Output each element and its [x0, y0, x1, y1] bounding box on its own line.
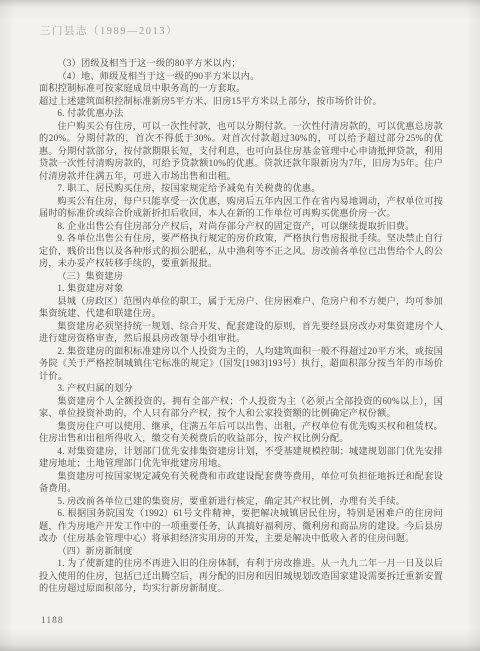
- paragraph: 7. 职工、居民购买住房，按国家规定给予减免有关税费的优惠。: [39, 182, 443, 195]
- paragraph: 集资建房可按国家规定减免有关税费和市政建设配套费等费用，单位可负担征地拆迁和配套…: [39, 470, 443, 495]
- paragraph: 集资建房必须坚持统一规划、综合开发、配套建设的原则，首先要经县房改办对集资建房个…: [39, 320, 443, 345]
- paragraph: （四）新房新制度: [39, 545, 443, 558]
- paragraph: 购买公有住房，每户只能享受一次优惠，购房后五年内因工作在省内易地调动，产权单位可…: [39, 195, 443, 220]
- paragraph: 5. 房改前各单位已建的集资房，要重新进行核定，确定其产权比例，办理有关手续。: [39, 495, 443, 508]
- paragraph: 3. 产权归属的划分: [39, 382, 443, 395]
- paragraph: （3）团级及相当于这一级的80平方米以内；: [39, 57, 443, 70]
- paragraph: 1. 为了使新建的住房不再进入旧的住房体制，有利于房改推进。从一九九二年一月一日…: [39, 557, 443, 595]
- paragraph: 面积控制标准可按家庭成员中职务高的一方套取。: [39, 82, 443, 95]
- paragraph: 住户购买公有住房，可以一次性付款，也可以分期付款。一次性付清房款的，可以优惠总房…: [39, 120, 443, 183]
- paragraph: 1. 集资建房对象: [39, 282, 443, 295]
- paragraph: 集资建房个人全额投资的，拥有全部产权；个人投资为主（必须占全部投资的60%以上）…: [39, 395, 443, 420]
- paragraph: 超过上述建筑面积控制标准新房5平方米、旧房15平方米以上部分，按市场价计价。: [39, 95, 443, 108]
- paragraph: 6. 根据国务院国发（1992）61号文件精神，要把解决城镇居民住房，特别是困难…: [39, 507, 443, 545]
- body-text: （3）团级及相当于这一级的80平方米以内；（4）地、师级及相当于这一级的90平方…: [39, 57, 443, 595]
- paragraph: （三）集资建房: [39, 270, 443, 283]
- paragraph: 4. 对集资建房，计划部门优先安排集资建房计划，不受基建规模控制；城建规划部门优…: [39, 445, 443, 470]
- paragraph: 集资房住户可以使用、继承，住满五年后可以出售、出租，产权单位有优先购买权和租赁权…: [39, 420, 443, 445]
- paragraph: （4）地、师级及相当于这一级的90平方米以内。: [39, 70, 443, 83]
- paragraph: 8. 企业出售公有住房部分产权后，对尚存部分产权的固定资产，可以继续提取折旧费。: [39, 220, 443, 233]
- paragraph: 9. 各单位出售公有住房，要严格执行规定的房价政策，严格执行售房报批手续。坚决禁…: [39, 232, 443, 270]
- paragraph: 6. 付款优惠办法: [39, 107, 443, 120]
- running-head: 三门县志（1989—2013）: [40, 23, 178, 38]
- paragraph: 县城（房政区）范围内单位的职工，属于无房户、住房困难户、危房户和不方便户，均可参…: [39, 295, 443, 320]
- page-number: 1188: [41, 616, 64, 626]
- paragraph: 2. 集资建房的面积标准建房以个人投资为主的，人均建筑面积一般不得超过20平方米…: [39, 345, 443, 383]
